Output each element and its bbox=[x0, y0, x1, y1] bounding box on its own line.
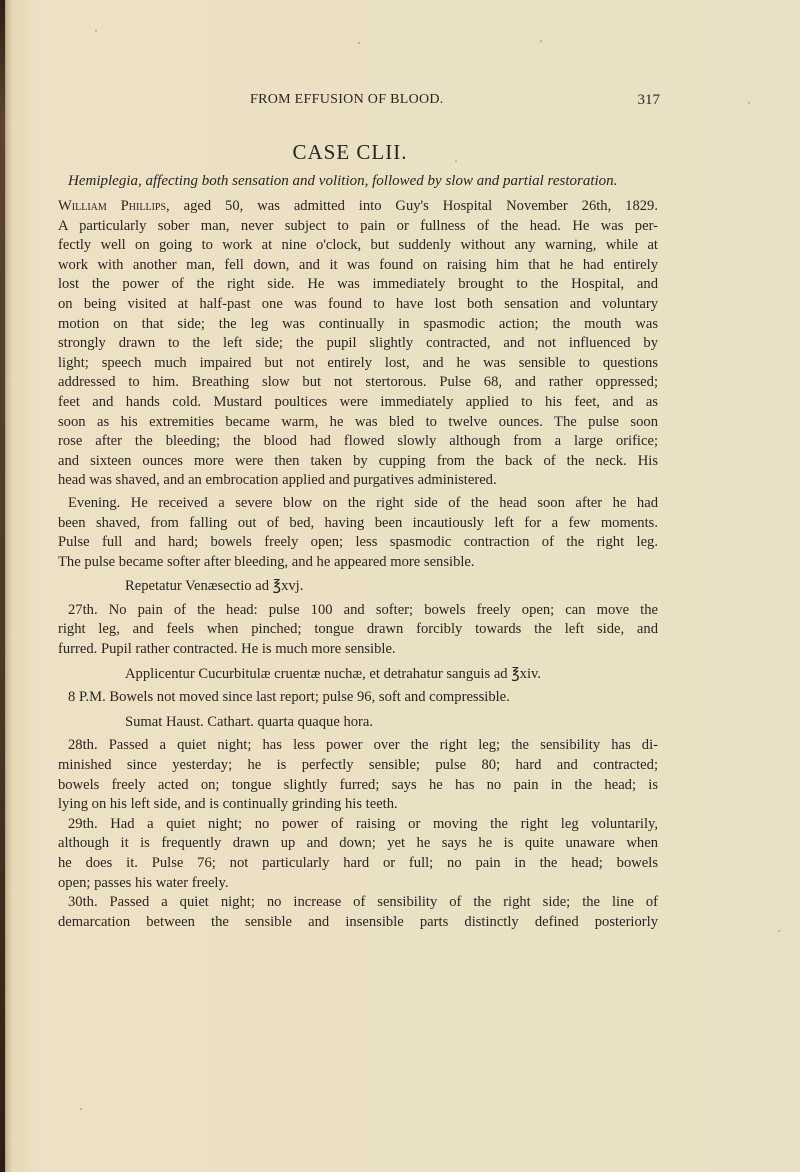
text-line: 27th. No pain of the head: pulse 100 and… bbox=[58, 601, 658, 621]
time-label: 8 P.M. bbox=[68, 689, 106, 705]
case-title: CASE CLII. bbox=[0, 140, 700, 165]
case-subtitle: Hemiplegia, affecting both sensation and… bbox=[68, 173, 668, 190]
text-line: rose after the bleeding; the blood had f… bbox=[58, 432, 658, 452]
paper-speck bbox=[748, 102, 750, 104]
text-line: A particularly sober man, never subject … bbox=[58, 217, 658, 237]
text-line: motion on that side; the leg was continu… bbox=[58, 315, 658, 335]
text-line: right leg, and feels when pinched; tongu… bbox=[58, 620, 658, 640]
prescription-line: Sumat Haust. Cathart. quarta quaque hora… bbox=[58, 713, 658, 733]
paper-speck bbox=[95, 30, 97, 32]
text-line: The pulse became softer after bleeding, … bbox=[58, 553, 658, 573]
text-line: Evening. He received a severe blow on th… bbox=[58, 494, 658, 514]
text-line: open; passes his water freely. bbox=[58, 874, 658, 894]
case-body: William Phillips, aged 50, was admitted … bbox=[58, 197, 658, 932]
text-line: 28th. Passed a quiet night; has less pow… bbox=[58, 736, 658, 756]
page-number: 317 bbox=[638, 92, 661, 109]
text-line: head was shaved, and an embrocation appl… bbox=[58, 471, 658, 491]
text-line: 30th. Passed a quiet night; no increase … bbox=[58, 893, 658, 913]
text-line: furred. Pupil rather contracted. He is m… bbox=[58, 640, 658, 660]
running-title: FROM EFFUSION OF BLOOD. bbox=[250, 92, 444, 108]
text-line: soon as his extremities became warm, he … bbox=[58, 413, 658, 433]
book-binding-edge bbox=[0, 0, 5, 1172]
book-page: FROM EFFUSION OF BLOOD. 317 CASE CLII. H… bbox=[0, 0, 800, 1172]
text-line: 29th. Had a quiet night; no power of rai… bbox=[58, 815, 658, 835]
paper-speck bbox=[540, 40, 542, 42]
running-head: FROM EFFUSION OF BLOOD. 317 bbox=[60, 92, 660, 112]
prescription-line: Applicentur Cucurbitulæ cruentæ nuchæ, e… bbox=[58, 665, 658, 685]
text-line: addressed to him. Breathing slow but not… bbox=[58, 373, 658, 393]
text-line: fectly well on going to work at nine o'c… bbox=[58, 236, 658, 256]
text-line: and sixteen ounces more were then taken … bbox=[58, 452, 658, 472]
text-line: Pulse full and hard; bowels freely open;… bbox=[58, 533, 658, 553]
text-line: feet and hands cold. Mustard poultices w… bbox=[58, 393, 658, 413]
text-line: lying on his left side, and is continual… bbox=[58, 795, 658, 815]
text-line: although it is frequently drawn up and d… bbox=[58, 834, 658, 854]
paper-speck bbox=[455, 160, 457, 162]
text-line: light; speech much impaired but not enti… bbox=[58, 354, 658, 374]
text-line: lost the power of the right side. He was… bbox=[58, 275, 658, 295]
text-line: 8 P.M. Bowels not moved since last repor… bbox=[58, 688, 658, 708]
text-line: bowels freely acted on; tongue slightly … bbox=[58, 776, 658, 796]
text-line: he does it. Pulse 76; not particularly h… bbox=[58, 854, 658, 874]
text-line: minished since yesterday; he is perfectl… bbox=[58, 756, 658, 776]
text-line: William Phillips, aged 50, was admitted … bbox=[58, 197, 658, 217]
text-line: demarcation between the sensible and ins… bbox=[58, 913, 658, 933]
prescription-line: Repetatur Venæsectio ad ℥xvj. bbox=[58, 577, 658, 597]
text-line: on being visited at half-past one was fo… bbox=[58, 295, 658, 315]
text-line: been shaved, from falling out of bed, ha… bbox=[58, 514, 658, 534]
paper-speck bbox=[358, 42, 360, 44]
text-line: strongly drawn to the left side; the pup… bbox=[58, 334, 658, 354]
patient-name: William Phillips, bbox=[58, 198, 170, 214]
text-line: work with another man, fell down, and it… bbox=[58, 256, 658, 276]
paper-speck bbox=[80, 1108, 82, 1110]
paper-speck bbox=[778, 930, 780, 932]
